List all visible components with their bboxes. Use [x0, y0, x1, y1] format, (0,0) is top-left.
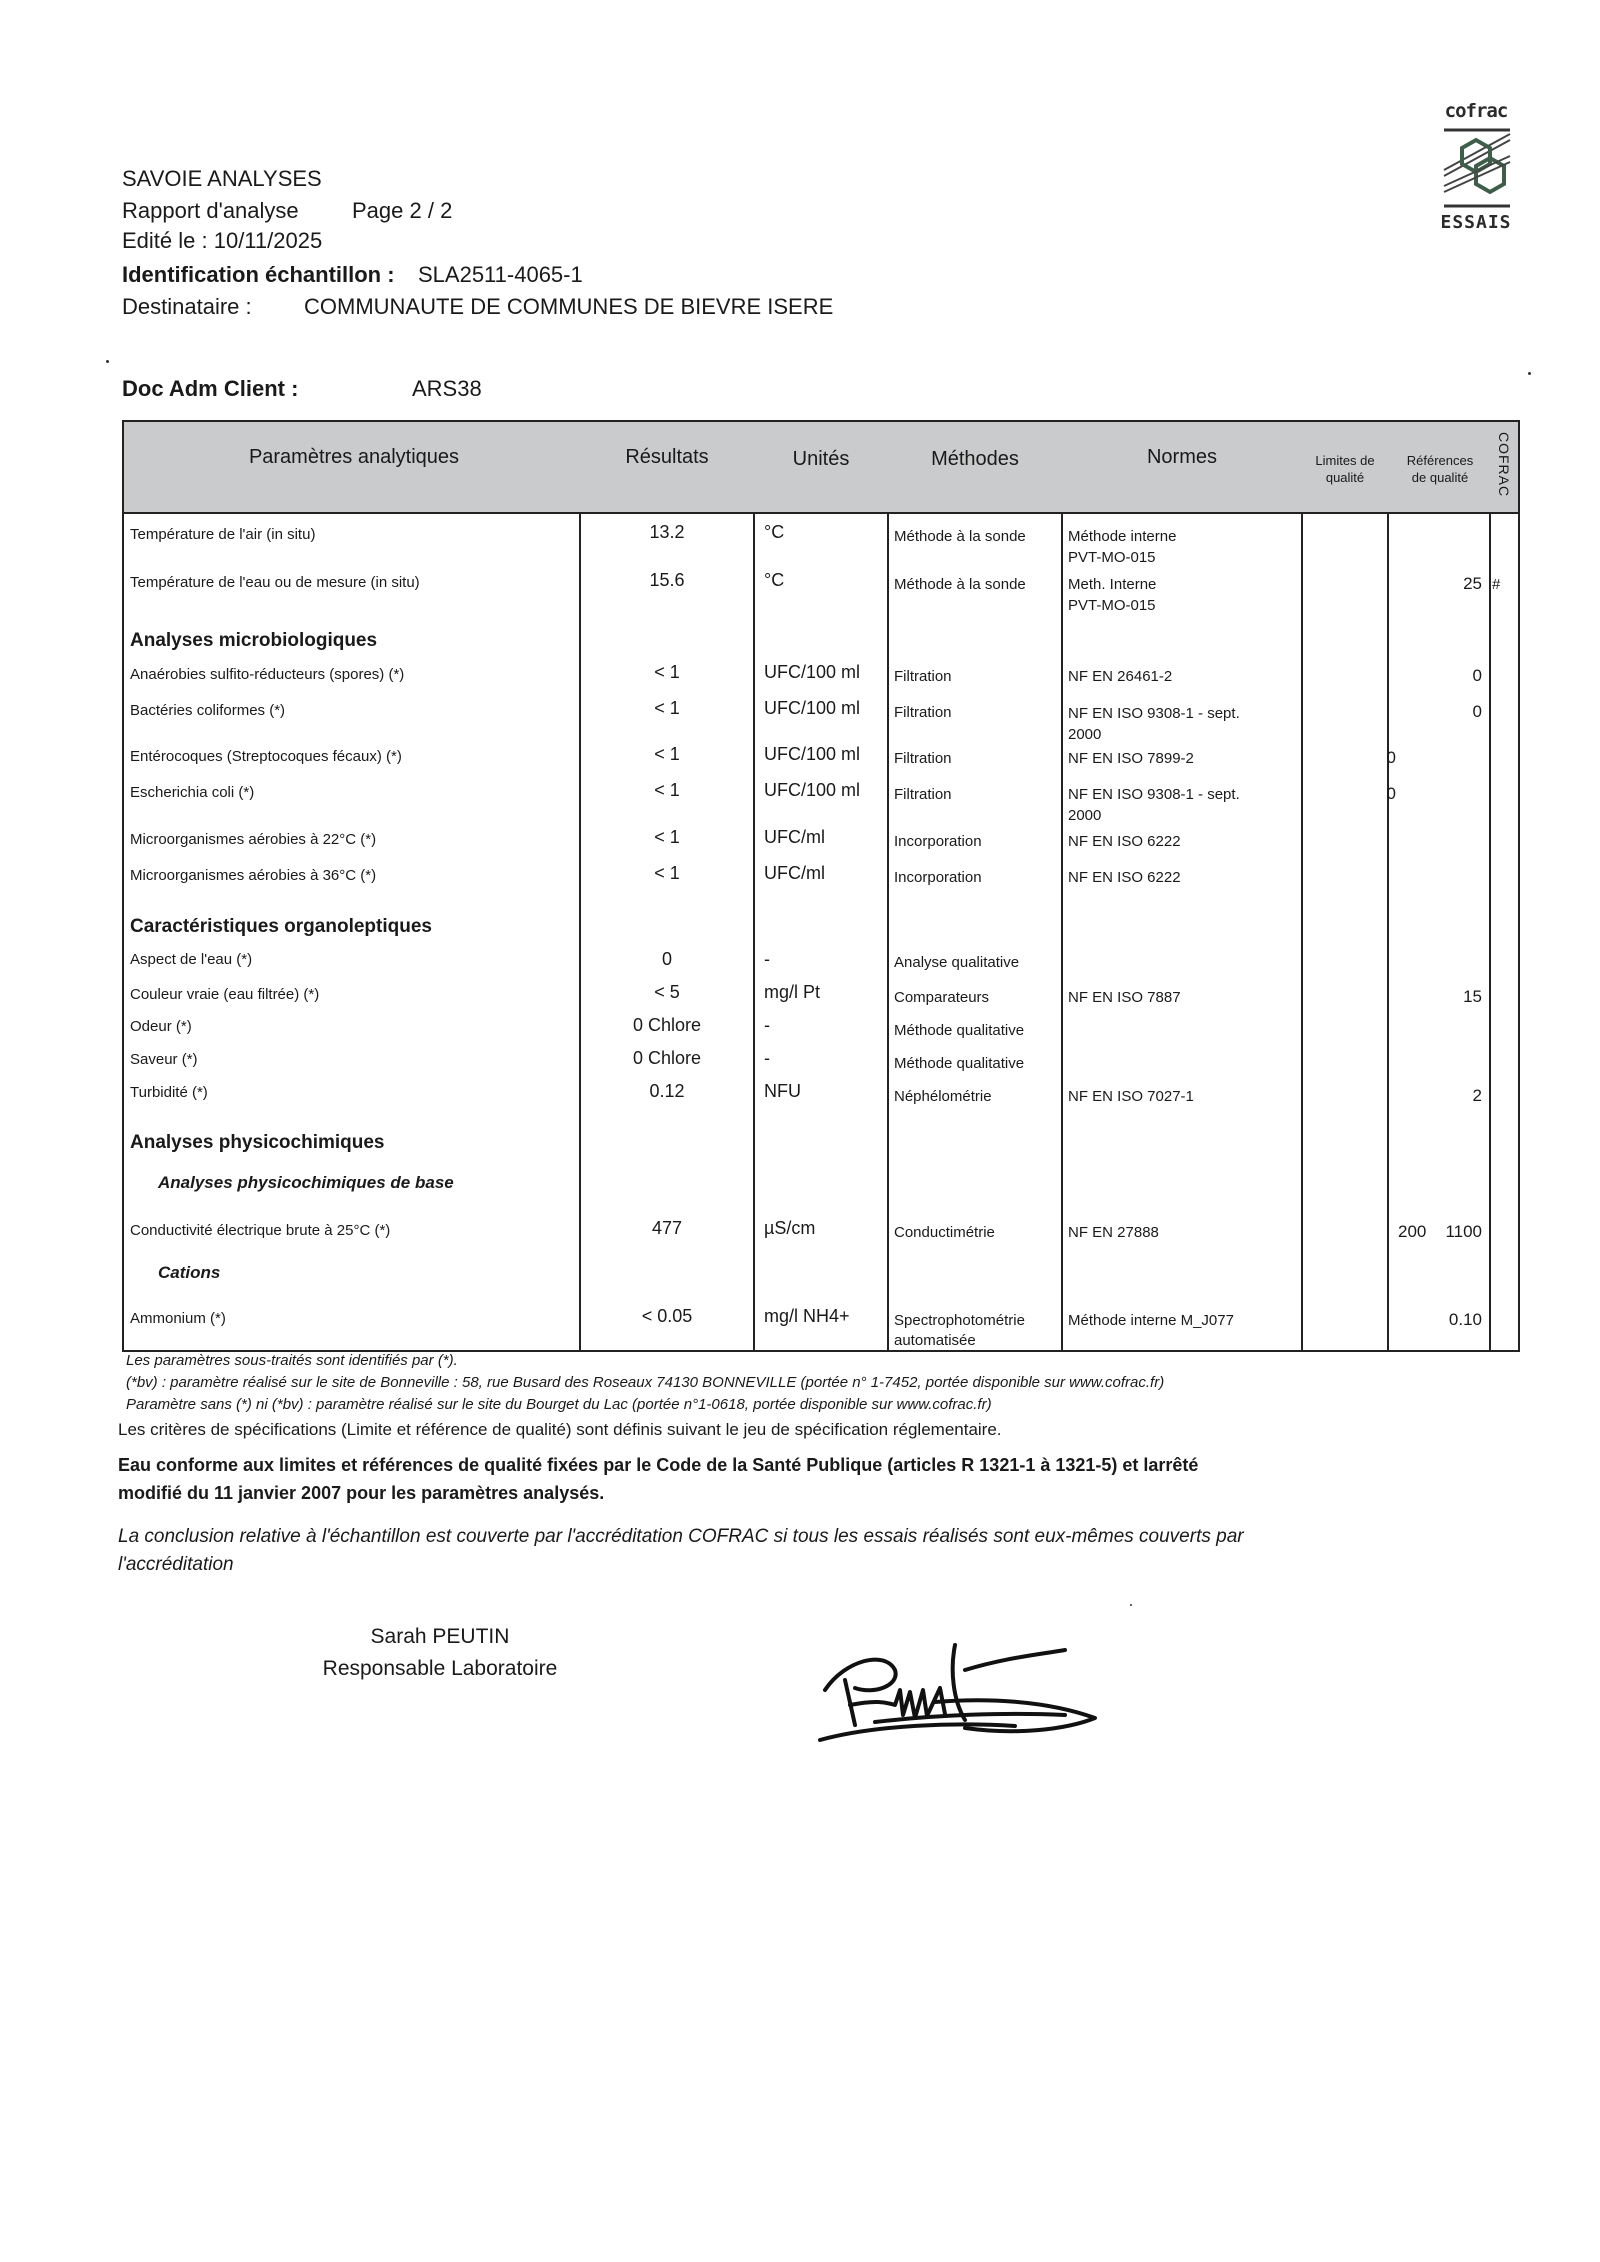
- sample-id-label: Identification échantillon :: [122, 262, 395, 288]
- col-normes: Normes: [1062, 446, 1302, 469]
- logo-bottom-text: ESSAIS: [1428, 212, 1524, 233]
- section-heading: Caractéristiques organoleptiques: [130, 916, 432, 937]
- company-name: SAVOIE ANALYSES: [122, 166, 322, 192]
- section-heading: Analyses physicochimiques: [130, 1132, 385, 1153]
- cofrac-conclusion-line2: l'accréditation: [118, 1551, 234, 1579]
- section-heading: Analyses microbiologiques: [130, 630, 377, 651]
- col-cofrac: COFRAC: [1496, 432, 1512, 497]
- scan-dot: [106, 360, 109, 363]
- col-parametres: Paramètres analytiques: [224, 446, 484, 469]
- cofrac-logo: cofrac ESSAIS: [1428, 100, 1524, 240]
- logo-top-text: cofrac: [1428, 100, 1524, 122]
- col-limites: Limites de qualité: [1302, 452, 1388, 486]
- col-resultats: Résultats: [580, 446, 754, 469]
- doc-adm-value: ARS38: [412, 376, 482, 402]
- scan-dot: [1130, 1604, 1132, 1606]
- footnote-subcontracted: Les paramètres sous-traités sont identif…: [126, 1352, 458, 1369]
- page-number: Page 2 / 2: [352, 198, 452, 224]
- table-header: Paramètres analytiques Résultats Unités …: [124, 422, 1518, 514]
- report-label: Rapport d'analyse: [122, 198, 299, 224]
- footnote-bonneville: (*bv) : paramètre réalisé sur le site de…: [126, 1374, 1164, 1391]
- recipient-label: Destinataire :: [122, 294, 252, 320]
- cofrac-conclusion-line1: La conclusion relative à l'échantillon e…: [118, 1523, 1244, 1551]
- divider: [887, 512, 889, 1350]
- results-table: Paramètres analytiques Résultats Unités …: [122, 420, 1520, 1352]
- conclusion-line1: Eau conforme aux limites et références d…: [118, 1451, 1198, 1479]
- sample-id: SLA2511-4065-1: [418, 262, 583, 288]
- col-unites: Unités: [754, 448, 888, 471]
- divider: [1489, 512, 1491, 1350]
- divider: [1061, 512, 1063, 1350]
- criteria-note: Les critères de spécifications (Limite e…: [118, 1420, 1002, 1440]
- footnote-bourget: Paramètre sans (*) ni (*bv) : paramètre …: [126, 1396, 992, 1413]
- scan-dot: [1528, 372, 1531, 375]
- signatory-name: Sarah PEUTIN: [300, 1625, 580, 1649]
- signatory-title: Responsable Laboratoire: [300, 1657, 580, 1681]
- col-references: Références de qualité: [1388, 452, 1492, 486]
- divider: [1301, 512, 1303, 1350]
- edit-date: Edité le : 10/11/2025: [122, 228, 322, 254]
- conclusion-line2: modifié du 11 janvier 2007 pour les para…: [118, 1479, 604, 1507]
- subsection-heading: Analyses physicochimiques de base: [158, 1172, 454, 1193]
- col-methodes: Méthodes: [888, 448, 1062, 471]
- doc-adm-label: Doc Adm Client :: [122, 376, 298, 402]
- hexagon-molecule-icon: [1440, 126, 1514, 210]
- subsection-heading: Cations: [158, 1262, 220, 1283]
- handwritten-signature-icon: [815, 1630, 1115, 1750]
- recipient: COMMUNAUTE DE COMMUNES DE BIEVRE ISERE: [304, 294, 833, 320]
